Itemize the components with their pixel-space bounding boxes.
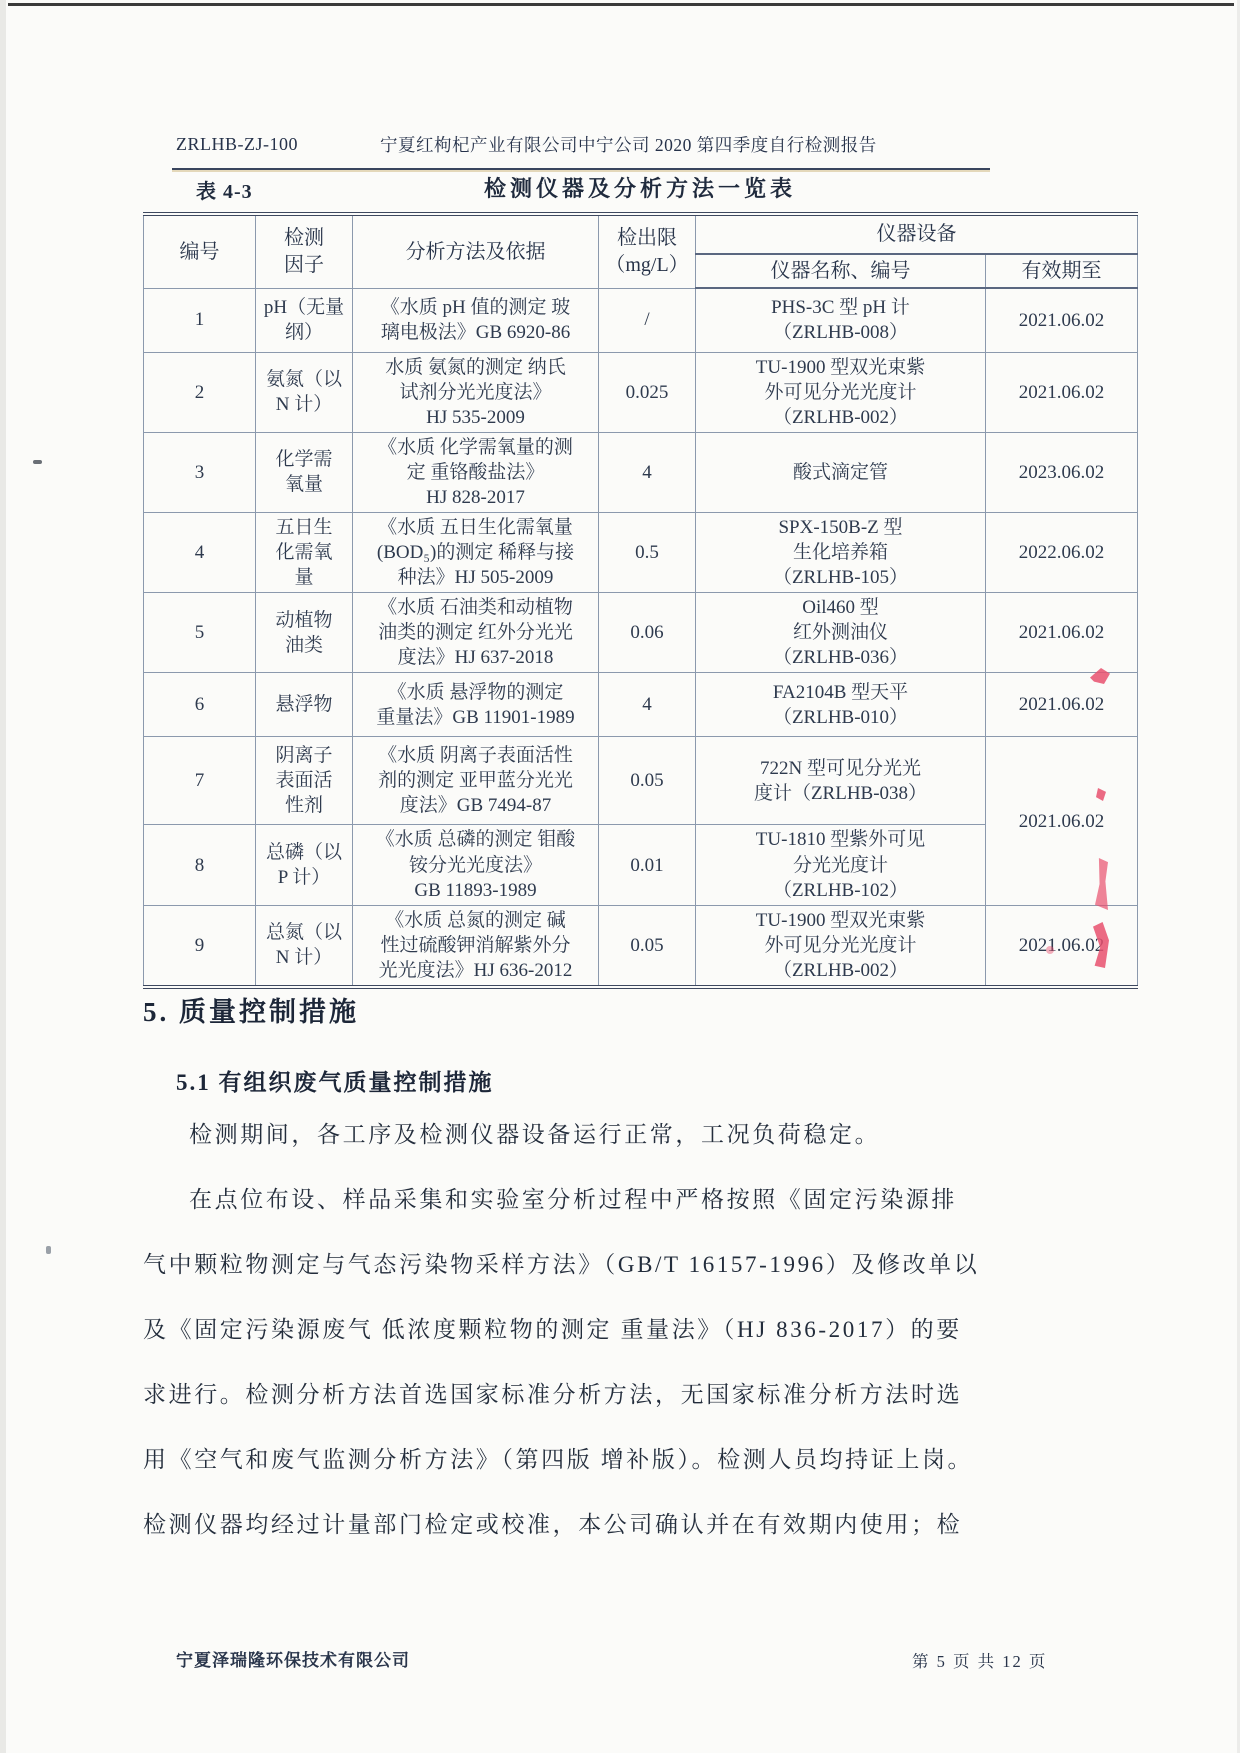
col-header-no: 编号 (144, 214, 256, 288)
cell-no: 3 (144, 432, 256, 512)
cell-limit: 0.06 (599, 593, 696, 673)
cell-valid: 2021.06.02 (986, 673, 1138, 737)
table-caption-title: 检测仪器及分析方法一览表 (143, 172, 1137, 203)
cell-factor: 五日生 化需氧 量 (256, 512, 353, 592)
cell-instrument: Oil460 型 红外测油仪 （ZRLHB-036） (696, 593, 986, 673)
table-header-row: 编号 检测 因子 分析方法及依据 检出限 （mg/L） 仪器设备 (144, 214, 1138, 254)
header-rule (172, 168, 990, 170)
cell-factor: pH（无量 纲） (256, 288, 353, 352)
cell-limit: 0.025 (599, 352, 696, 432)
table-row: 5 动植物 油类 《水质 石油类和动植物 油类的测定 红外分光光 度法》HJ 6… (144, 593, 1138, 673)
body-line: 检测仪器均经过计量部门检定或校准，本公司确认并在有效期内使用；检 (143, 1492, 1103, 1557)
cell-factor: 动植物 油类 (256, 593, 353, 673)
page-header: ZRLHB-ZJ-100 宁夏红枸杞产业有限公司中宁公司 2020 第四季度自行… (0, 130, 1240, 160)
body-line: 气中颗粒物测定与气态污染物采样方法》（GB/T 16157-1996）及修改单以 (143, 1232, 1103, 1297)
cell-valid: 2021.06.02 (986, 905, 1138, 987)
col-header-equipment: 仪器设备 (696, 214, 1138, 254)
cell-no: 2 (144, 352, 256, 432)
table-row: 6 悬浮物 《水质 悬浮物的测定 重量法》GB 11901-1989 4 FA2… (144, 673, 1138, 737)
cell-instrument: 722N 型可见分光光 度计（ZRLHB-038） (696, 737, 986, 825)
footer-page-number: 第 5 页 共 12 页 (912, 1648, 1047, 1672)
cell-factor: 化学需 氧量 (256, 432, 353, 512)
scan-edge-left-shadow (0, 0, 6, 1753)
col-header-limit: 检出限 （mg/L） (599, 214, 696, 288)
cell-valid: 2021.06.02 (986, 352, 1138, 432)
cell-limit: 4 (599, 432, 696, 512)
cell-limit: 4 (599, 673, 696, 737)
cell-factor: 总磷（以 P 计） (256, 825, 353, 905)
cell-method: 《水质 化学需氧量的测 定 重铬酸盐法》 HJ 828-2017 (353, 432, 599, 512)
table-row: 4 五日生 化需氧 量 《水质 五日生化需氧量 (BOD₅)的测定 稀释与接 种… (144, 512, 1138, 592)
col-header-factor: 检测 因子 (256, 214, 353, 288)
table-row: 3 化学需 氧量 《水质 化学需氧量的测 定 重铬酸盐法》 HJ 828-201… (144, 432, 1138, 512)
seal-fragment (1046, 946, 1054, 954)
body-text: 检测期间，各工序及检测仪器设备运行正常，工况负荷稳定。 在点位布设、样品采集和实… (143, 1102, 1103, 1557)
doc-title: 宁夏红枸杞产业有限公司中宁公司 2020 第四季度自行检测报告 (380, 132, 877, 157)
cell-factor: 总氮（以 N 计） (256, 905, 353, 987)
cell-instrument: TU-1900 型双光束紫 外可见分光光度计 （ZRLHB-002） (696, 352, 986, 432)
cell-no: 7 (144, 737, 256, 825)
body-line: 检测期间，各工序及检测仪器设备运行正常，工况负荷稳定。 (143, 1102, 1103, 1167)
cell-valid-merged: 2021.06.02 (986, 737, 1138, 905)
scan-speck (33, 460, 42, 464)
table-row: 2 氨氮（以 N 计） 水质 氨氮的测定 纳氏 试剂分光光度法》 HJ 535-… (144, 352, 1138, 432)
cell-no: 4 (144, 512, 256, 592)
cell-instrument: 酸式滴定管 (696, 432, 986, 512)
cell-factor: 阴离子 表面活 性剂 (256, 737, 353, 825)
cell-no: 8 (144, 825, 256, 905)
table-caption: 表 4-3 检测仪器及分析方法一览表 (143, 172, 1137, 206)
cell-no: 5 (144, 593, 256, 673)
body-line: 在点位布设、样品采集和实验室分析过程中严格按照《固定污染源排 (143, 1167, 1103, 1232)
scan-speck (46, 1246, 51, 1254)
cell-valid: 2022.06.02 (986, 512, 1138, 592)
col-header-valid: 有效期至 (986, 254, 1138, 288)
cell-method: 《水质 pH 值的测定 玻 璃电极法》GB 6920-86 (353, 288, 599, 352)
section-5-heading: 5. 质量控制措施 (143, 990, 359, 1029)
cell-valid: 2023.06.02 (986, 432, 1138, 512)
cell-valid: 2021.06.02 (986, 593, 1138, 673)
cell-limit: 0.05 (599, 737, 696, 825)
scan-edge-top-line (8, 3, 1234, 6)
table-row: 9 总氮（以 N 计） 《水质 总氮的测定 碱 性过硫酸钾消解紫外分 光光度法》… (144, 905, 1138, 987)
cell-method: 《水质 悬浮物的测定 重量法》GB 11901-1989 (353, 673, 599, 737)
col-header-instrument: 仪器名称、编号 (696, 254, 986, 288)
body-line: 用《空气和废气监测分析方法》（第四版 增补版）。检测人员均持证上岗。 (143, 1427, 1103, 1492)
cell-no: 6 (144, 673, 256, 737)
cell-instrument: PHS-3C 型 pH 计 （ZRLHB-008） (696, 288, 986, 352)
footer-company: 宁夏泽瑞隆环保技术有限公司 (176, 1646, 410, 1671)
col-header-method: 分析方法及依据 (353, 214, 599, 288)
section-5-1-heading: 5.1 有组织废气质量控制措施 (176, 1064, 494, 1097)
table-row: 7 阴离子 表面活 性剂 《水质 阴离子表面活性 剂的测定 亚甲蓝分光光 度法》… (144, 737, 1138, 825)
cell-method: 《水质 总磷的测定 钼酸 铵分光光度法》 GB 11893-1989 (353, 825, 599, 905)
table-row: 1 pH（无量 纲） 《水质 pH 值的测定 玻 璃电极法》GB 6920-86… (144, 288, 1138, 352)
cell-instrument: TU-1900 型双光束紫 外可见分光光度计 （ZRLHB-002） (696, 905, 986, 987)
cell-no: 9 (144, 905, 256, 987)
cell-limit: / (599, 288, 696, 352)
cell-instrument: FA2104B 型天平 （ZRLHB-010） (696, 673, 986, 737)
cell-instrument: SPX-150B-Z 型 生化培养箱 （ZRLHB-105） (696, 512, 986, 592)
cell-method: 《水质 总氮的测定 碱 性过硫酸钾消解紫外分 光光度法》HJ 636-2012 (353, 905, 599, 987)
cell-method: 水质 氨氮的测定 纳氏 试剂分光光度法》 HJ 535-2009 (353, 352, 599, 432)
doc-code: ZRLHB-ZJ-100 (176, 134, 298, 155)
page-footer: 宁夏泽瑞隆环保技术有限公司 第 5 页 共 12 页 (0, 1642, 1240, 1672)
cell-method: 《水质 五日生化需氧量 (BOD₅)的测定 稀释与接 种法》HJ 505-200… (353, 512, 599, 592)
cell-factor: 氨氮（以 N 计） (256, 352, 353, 432)
cell-limit: 0.01 (599, 825, 696, 905)
instruments-methods-table: 编号 检测 因子 分析方法及依据 检出限 （mg/L） 仪器设备 仪器名称、编号… (143, 212, 1138, 989)
body-line: 求进行。检测分析方法首选国家标准分析方法，无国家标准分析方法时选 (143, 1362, 1103, 1427)
cell-no: 1 (144, 288, 256, 352)
body-line: 及《固定污染源废气 低浓度颗粒物的测定 重量法》（HJ 836-2017）的要 (143, 1297, 1103, 1362)
cell-limit: 0.05 (599, 905, 696, 987)
scanned-report-page: { "meta": { "ink_color": "#2e3a4e", "sta… (0, 0, 1240, 1753)
cell-method: 《水质 石油类和动植物 油类的测定 红外分光光 度法》HJ 637-2018 (353, 593, 599, 673)
cell-valid: 2021.06.02 (986, 288, 1138, 352)
cell-method: 《水质 阴离子表面活性 剂的测定 亚甲蓝分光光 度法》GB 7494-87 (353, 737, 599, 825)
cell-factor: 悬浮物 (256, 673, 353, 737)
cell-limit: 0.5 (599, 512, 696, 592)
cell-instrument: TU-1810 型紫外可见 分光光度计 （ZRLHB-102） (696, 825, 986, 905)
